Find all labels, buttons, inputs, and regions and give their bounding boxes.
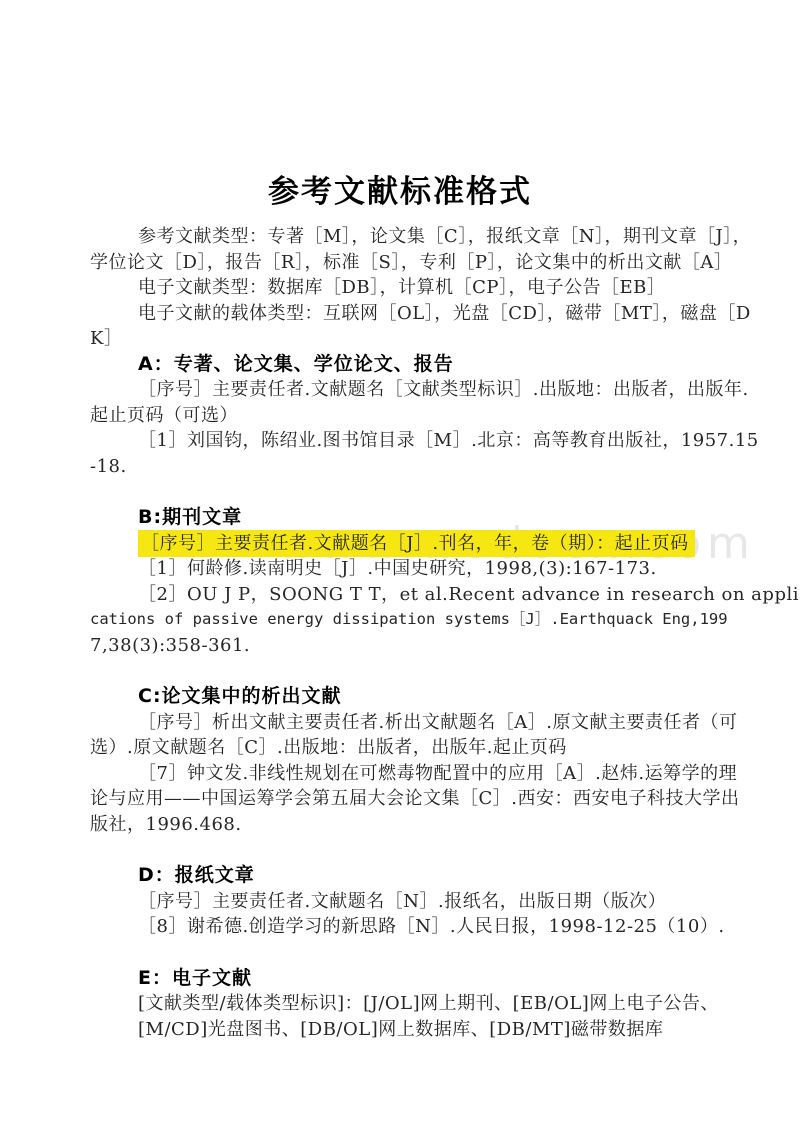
- text-line: cations of passive energy dissipation sy…: [90, 607, 730, 633]
- text-line: ［序号］析出文献主要责任者.析出文献题名［A］.原文献主要责任者（可: [90, 710, 730, 736]
- page-title: 参考文献标准格式: [0, 166, 800, 211]
- text-line: 选）.原文献题名［C］.出版地：出版者，出版年.起止页码: [90, 735, 730, 761]
- text-line: 版社，1996.468.: [90, 812, 730, 838]
- section-heading: C:论文集中的析出文献: [90, 684, 730, 710]
- section-heading: D：报纸文章: [90, 863, 730, 889]
- text-line: 电子文献类型：数据库［DB］，计算机［CP］，电子公告［EB］: [90, 275, 730, 301]
- section-heading: B:期刊文章: [90, 505, 730, 531]
- text-line: ［2］OU J P，SOONG T T，et al.Recent advance…: [90, 582, 730, 608]
- highlight-mark: ［序号］主要责任者.文献题名［J］.刊名，年，卷（期）：起止页码: [138, 530, 695, 557]
- text-line: ［序号］主要责任者.文献题名［文献类型标识］.出版地：出版者，出版年.: [90, 377, 730, 403]
- text-line: 7,38(3):358-361.: [90, 633, 730, 659]
- text-line: 学位论文［D］，报告［R］，标准［S］，专利［P］，论文集中的析出文献［A］: [90, 250, 730, 276]
- text-line: 论与应用——中国运筹学会第五届大会论文集［C］.西安：西安电子科技大学出: [90, 786, 730, 812]
- highlighted-format-line: ［序号］主要责任者.文献题名［J］.刊名，年，卷（期）：起止页码: [90, 531, 730, 557]
- section-heading: A：专著、论文集、学位论文、报告: [90, 352, 730, 378]
- text-line: ［序号］主要责任者.文献题名［N］.报纸名，出版日期（版次）: [90, 889, 730, 915]
- text-line: [M/CD]光盘图书、[DB/OL]网上数据库、[DB/MT]磁带数据库: [90, 1017, 730, 1043]
- text-line: 参考文献类型：专著［M］，论文集［C］，报纸文章［N］，期刊文章［J］，: [90, 224, 730, 250]
- text-line: K］: [90, 326, 730, 352]
- text-line: ［7］钟文发.非线性规划在可燃毒物配置中的应用［A］.赵炜.运筹学的理: [90, 761, 730, 787]
- section-heading: E：电子文献: [90, 966, 730, 992]
- text-line: 起止页码（可选）: [90, 403, 730, 429]
- text-line: -18.: [90, 454, 730, 480]
- text-line: ［1］何龄修.读南明史［J］.中国史研究，1998,(3):167-173.: [90, 556, 730, 582]
- text-line: ［1］刘国钧，陈绍业.图书馆目录［M］.北京：高等教育出版社，1957.15: [90, 428, 730, 454]
- text-line: ［8］谢希德.创造学习的新思路［N］.人民日报，1998-12-25（10）.: [90, 914, 730, 940]
- text-line: 电子文献的载体类型：互联网［OL］，光盘［CD］，磁带［MT］，磁盘［D: [90, 301, 730, 327]
- text-line: [文献类型/载体类型标识]：[J/OL]网上期刊、[EB/OL]网上电子公告、: [90, 991, 730, 1017]
- document-body: 参考文献类型：专著［M］，论文集［C］，报纸文章［N］，期刊文章［J］，学位论文…: [90, 224, 730, 1042]
- document-page: www.wodocx.com 参考文献标准格式 参考文献类型：专著［M］，论文集…: [0, 0, 800, 1132]
